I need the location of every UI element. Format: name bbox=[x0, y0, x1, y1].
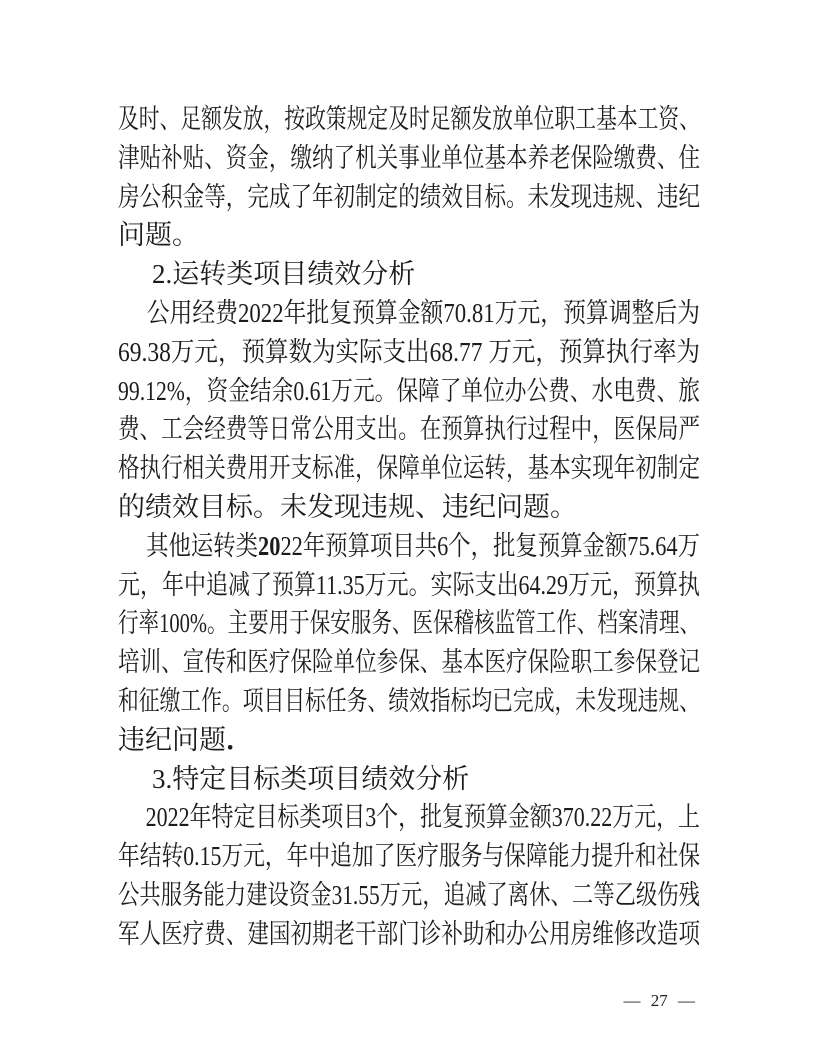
text-line: 及时、足额发放，按政策规定及时足额发放单位职工基本工资、 bbox=[118, 100, 700, 139]
text-line: 的绩效目标。未发现违规、违纪问题。 bbox=[118, 488, 700, 527]
text-segment: 格执行相关费用开支标准，保障单位运转，基本实现年初制定 bbox=[118, 453, 700, 483]
text-line: 违纪问题． bbox=[118, 721, 700, 760]
text-run: 及时、足额发放，按政策规定及时足额发放单位职工基本工资、 bbox=[118, 100, 700, 139]
text-line: 公共服务能力建设资金31.55万元，追减了离休、二等乙级伤残 bbox=[118, 876, 700, 915]
text-run: 公共服务能力建设资金31.55万元，追减了离休、二等乙级伤残 bbox=[118, 876, 700, 915]
text-line: 格执行相关费用开支标准，保障单位运转，基本实现年初制定 bbox=[118, 449, 700, 488]
text-line: 2022年特定目标类项目3个，批复预算金额370.22万元，上 bbox=[118, 798, 700, 837]
text-run: 3.特定目标类项目绩效分析 bbox=[118, 760, 469, 799]
text-run: 元，年中追减了预算11.35万元。实际支出64.29万元，预算执 bbox=[118, 566, 700, 605]
text-line: 69.38万元，预算数为实际支出68.77 万元，预算执行率为 bbox=[118, 333, 700, 372]
text-segment: 69.38万元，预算数为实际支出68.77 万元，预算执行率为 bbox=[118, 337, 700, 367]
text-segment: 房公积金等，完成了年初制定的绩效目标。未发现违规、违纪 bbox=[118, 182, 700, 212]
text-run: 2.运转类项目绩效分析 bbox=[118, 255, 415, 294]
text-run: 2022年特定目标类项目3个，批复预算金额370.22万元，上 bbox=[118, 798, 700, 837]
text-run: 违纪问题． bbox=[118, 721, 253, 760]
text-segment: 的绩效目标。未发现违规、违纪问题。 bbox=[118, 492, 577, 522]
text-run: 的绩效目标。未发现违规、违纪问题。 bbox=[118, 488, 577, 527]
text-run: 行率100%。主要用于保安服务、医保稽核监管工作、档案清理、 bbox=[118, 604, 700, 643]
text-run: 年结转0.15万元，年中追加了医疗服务与保障能力提升和社保 bbox=[118, 837, 700, 876]
text-line: 费、工会经费等日常公用支出。在预算执行过程中，医保局严 bbox=[118, 410, 700, 449]
text-run: 津贴补贴、资金，缴纳了机关事业单位基本养老保险缴费、住 bbox=[118, 139, 700, 178]
text-segment: 问题。 bbox=[118, 220, 199, 250]
text-run: 99.12%，资金结余0.61万元。保障了单位办公费、水电费、旅 bbox=[118, 372, 700, 411]
text-segment: 及时、足额发放，按政策规定及时足额发放单位职工基本工资、 bbox=[118, 104, 700, 134]
text-line: 问题。 bbox=[118, 216, 700, 255]
text-segment: 2022年特定目标类项目3个，批复预算金额370.22万元，上 bbox=[146, 802, 700, 832]
text-segment: 培训、宣传和医疗保险单位参保、基本医疗保险职工参保登记 bbox=[118, 647, 700, 677]
text-line: 培训、宣传和医疗保险单位参保、基本医疗保险职工参保登记 bbox=[118, 643, 700, 682]
text-segment: 和征缴工作。项目目标任务、绩效指标均已完成，未发现违规、 bbox=[118, 686, 700, 716]
text-segment: 费、工会经费等日常公用支出。在预算执行过程中，医保局严 bbox=[118, 414, 700, 444]
text-segment: 22年预算项目共6个，批复预算金额75.64万 bbox=[280, 531, 700, 561]
text-segment: 2.运转类项目绩效分析 bbox=[152, 259, 415, 289]
text-line: 2.运转类项目绩效分析 bbox=[118, 255, 700, 294]
text-segment: 军人医疗费、建国初期老干部门诊补助和办公用房维修改造项 bbox=[118, 919, 700, 949]
text-line: 其他运转类2022年预算项目共6个，批复预算金额75.64万 bbox=[118, 527, 700, 566]
text-line: 和征缴工作。项目目标任务、绩效指标均已完成，未发现违规、 bbox=[118, 682, 700, 721]
text-line: 99.12%，资金结余0.61万元。保障了单位办公费、水电费、旅 bbox=[118, 372, 700, 411]
text-segment: 年结转0.15万元，年中追加了医疗服务与保障能力提升和社保 bbox=[118, 841, 700, 871]
bold-text-segment: 20 bbox=[258, 531, 280, 561]
text-segment: 公用经费2022年批复预算金额70.81万元，预算调整后为 bbox=[147, 298, 700, 328]
text-run: 和征缴工作。项目目标任务、绩效指标均已完成，未发现违规、 bbox=[118, 682, 700, 721]
text-line: 年结转0.15万元，年中追加了医疗服务与保障能力提升和社保 bbox=[118, 837, 700, 876]
text-segment: 行率100%。主要用于保安服务、医保稽核监管工作、档案清理、 bbox=[118, 608, 700, 638]
text-line: 军人医疗费、建国初期老干部门诊补助和办公用房维修改造项 bbox=[118, 915, 700, 954]
text-segment: 津贴补贴、资金，缴纳了机关事业单位基本养老保险缴费、住 bbox=[118, 143, 700, 173]
document-page: 及时、足额发放，按政策规定及时足额发放单位职工基本工资、津贴补贴、资金，缴纳了机… bbox=[0, 0, 815, 1055]
text-run: 房公积金等，完成了年初制定的绩效目标。未发现违规、违纪 bbox=[118, 178, 700, 217]
text-run: 军人医疗费、建国初期老干部门诊补助和办公用房维修改造项 bbox=[118, 915, 700, 954]
text-segment: 99.12%，资金结余0.61万元。保障了单位办公费、水电费、旅 bbox=[118, 376, 700, 406]
text-line: 3.特定目标类项目绩效分析 bbox=[118, 760, 700, 799]
text-line: 房公积金等，完成了年初制定的绩效目标。未发现违规、违纪 bbox=[118, 178, 700, 217]
bold-text-segment: ． bbox=[226, 725, 253, 755]
text-segment: 其他运转类 bbox=[146, 531, 258, 561]
text-line: 公用经费2022年批复预算金额70.81万元，预算调整后为 bbox=[118, 294, 700, 333]
text-line: 行率100%。主要用于保安服务、医保稽核监管工作、档案清理、 bbox=[118, 604, 700, 643]
text-run: 其他运转类2022年预算项目共6个，批复预算金额75.64万 bbox=[118, 527, 700, 566]
text-line: 津贴补贴、资金，缴纳了机关事业单位基本养老保险缴费、住 bbox=[118, 139, 700, 178]
text-segment: 违纪问题 bbox=[118, 725, 226, 755]
text-line: 元，年中追减了预算11.35万元。实际支出64.29万元，预算执 bbox=[118, 566, 700, 605]
text-run: 69.38万元，预算数为实际支出68.77 万元，预算执行率为 bbox=[118, 333, 700, 372]
text-segment: 3.特定目标类项目绩效分析 bbox=[152, 764, 469, 794]
text-segment: 元，年中追减了预算11.35万元。实际支出64.29万元，预算执 bbox=[118, 570, 700, 600]
text-segment: 公共服务能力建设资金31.55万元，追减了离休、二等乙级伤残 bbox=[118, 880, 700, 910]
text-run: 格执行相关费用开支标准，保障单位运转，基本实现年初制定 bbox=[118, 449, 700, 488]
text-run: 公用经费2022年批复预算金额70.81万元，预算调整后为 bbox=[118, 294, 700, 333]
document-body: 及时、足额发放，按政策规定及时足额发放单位职工基本工资、津贴补贴、资金，缴纳了机… bbox=[118, 100, 700, 954]
text-run: 培训、宣传和医疗保险单位参保、基本医疗保险职工参保登记 bbox=[118, 643, 700, 682]
text-run: 费、工会经费等日常公用支出。在预算执行过程中，医保局严 bbox=[118, 410, 700, 449]
page-number: — 27 — bbox=[624, 990, 696, 1012]
text-run: 问题。 bbox=[118, 216, 199, 255]
